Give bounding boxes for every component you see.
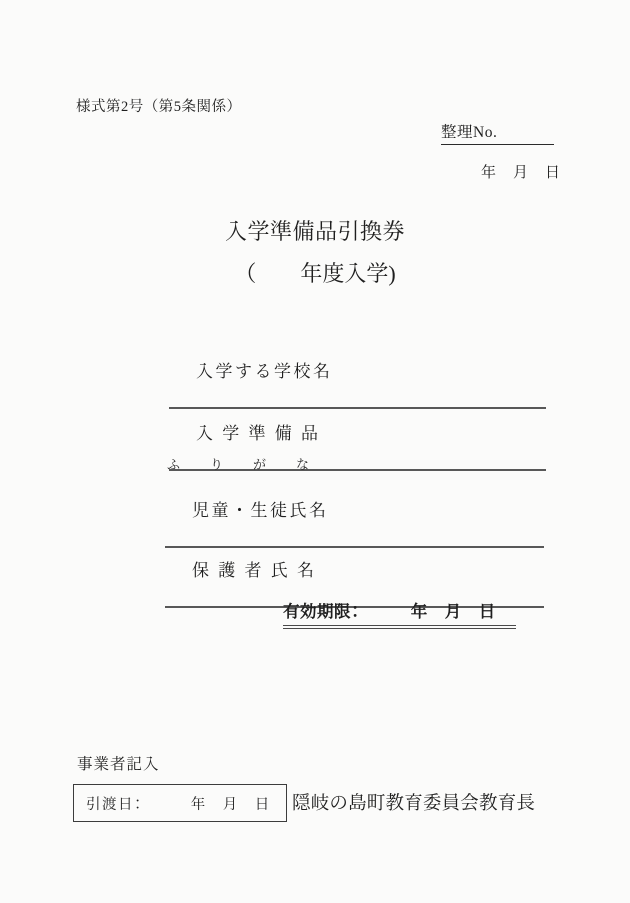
guardian-name-label: 保 護 者 氏 名 — [192, 561, 317, 580]
vendor-section-label: 事業者記入 — [77, 752, 160, 774]
delivery-date-text: 引渡日： 年 月 日 — [86, 793, 271, 814]
issuer-name: 隠岐の島町教育委員会教育長 — [292, 789, 535, 815]
supplies-label: 入 学 準 備 品 — [196, 424, 321, 443]
guardian-name-field: 保 護 者 氏 名 — [165, 538, 544, 608]
validity-period-field: 有効期限： 年 月 日 — [283, 602, 516, 629]
school-name-field: 入学する学校名 — [169, 339, 546, 409]
school-name-label: 入学する学校名 — [196, 362, 333, 381]
issue-date-line: 年 月 日 — [481, 161, 561, 182]
form-number: 様式第2号（第5条関係） — [76, 95, 242, 116]
furigana-label: ふりがな — [167, 454, 339, 473]
serial-no-field: 整理No. — [441, 124, 554, 145]
serial-no-label: 整理No. — [441, 124, 497, 141]
document-page: 様式第2号（第5条関係） 整理No. 年 月 日 入学準備品引換券 （ 年度入学… — [0, 0, 630, 903]
document-subtitle: （ 年度入学) — [0, 257, 630, 288]
student-name-label: 児童・生徒氏名 — [192, 501, 329, 520]
delivery-date-box: 引渡日： 年 月 日 — [73, 784, 287, 822]
document-title: 入学準備品引換券 — [0, 215, 630, 246]
